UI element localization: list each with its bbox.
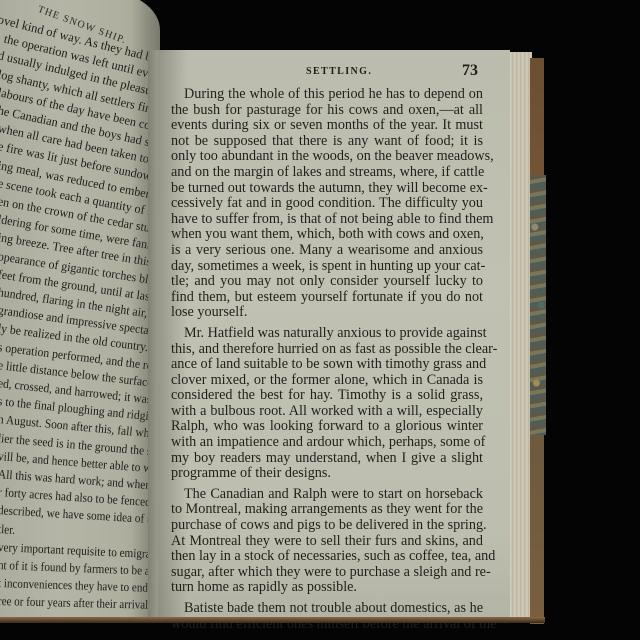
text-line: only too abundant in the woods, on the b…: [171, 149, 483, 165]
text-line: to Montreal, making arrangements as they…: [171, 502, 483, 518]
text-line: programme of their designs.: [171, 466, 483, 482]
text-line: this, and therefore hurried on as fast a…: [171, 342, 483, 358]
text-line: cessively fat and in good condition. The…: [171, 196, 483, 212]
text-line: not be supposed that there is any want o…: [171, 134, 483, 150]
text-line: be turned out towards the autumn, they w…: [171, 181, 483, 197]
text-line: Ralph, who was looking forward to a glor…: [171, 419, 483, 435]
marbled-endpaper: [530, 175, 546, 435]
left-text-line: ree or four years after their arrival in…: [0, 590, 160, 618]
running-head: SETTLING. 73: [158, 62, 510, 82]
text-line: purchase of cows and pigs to be delivere…: [171, 518, 483, 534]
book-bottom-edge: [0, 617, 545, 623]
page-number: 73: [462, 62, 478, 80]
text-line: During the whole of this period he has t…: [171, 87, 483, 103]
text-line: The Canadian and Ralph were to start on …: [171, 487, 483, 503]
text-line: have to suffer from, is that of not bein…: [171, 212, 483, 228]
text-line: lose yourself.: [171, 305, 483, 321]
text-line: considered the best for hay. Timothy is …: [171, 388, 483, 404]
text-line: Mr. Hatfield was naturally anxious to pr…: [171, 326, 483, 342]
text-line: with a bulbous root. All worked with a w…: [171, 404, 483, 420]
text-line: ance of land suitable to be sown with ti…: [171, 357, 483, 373]
left-page: THE SNOW SHIP. ovel kind of way. As they…: [0, 0, 160, 620]
text-line: turn home as rapidly as possible.: [171, 580, 483, 596]
chapter-title: SETTLING.: [306, 66, 372, 77]
text-line: when you want them, which, both with cow…: [171, 227, 483, 243]
text-line: events during six or seven months of the…: [171, 118, 483, 134]
text-line: day, sometimes a week, is spent in hunti…: [171, 259, 483, 275]
text-line: sugar, after which they were to purchase…: [171, 565, 483, 581]
text-line: find them, but esteem yourself fortunate…: [171, 290, 483, 306]
text-line: the bush for pasturage for his cows and …: [171, 103, 483, 119]
text-line: At Montreal they were to sell their furs…: [171, 534, 483, 550]
right-page: SETTLING. 73 During the whole of this pe…: [158, 50, 510, 620]
text-line: is a very serious one. Many a wearisome …: [171, 243, 483, 259]
text-line: with an impatience and ardour which, per…: [171, 435, 483, 451]
text-line: then lay in a stock of necessaries, such…: [171, 549, 483, 565]
left-text-line: described, we have some idea of the earl…: [0, 499, 160, 535]
text-line: tle; and you may not only consider yours…: [171, 274, 483, 290]
book-photo: THE SNOW SHIP. ovel kind of way. As they…: [0, 0, 640, 640]
page-body-text: During the whole of this period he has t…: [171, 87, 483, 632]
page-block-edges: [510, 52, 532, 618]
text-line: Batiste bade them not trouble about dome…: [171, 601, 483, 617]
text-line: and on the margin of lakes and streams, …: [171, 165, 483, 181]
text-line: my boy readers may understand, when I gi…: [171, 451, 483, 467]
text-line: clover mixed, or the former alone, which…: [171, 373, 483, 389]
